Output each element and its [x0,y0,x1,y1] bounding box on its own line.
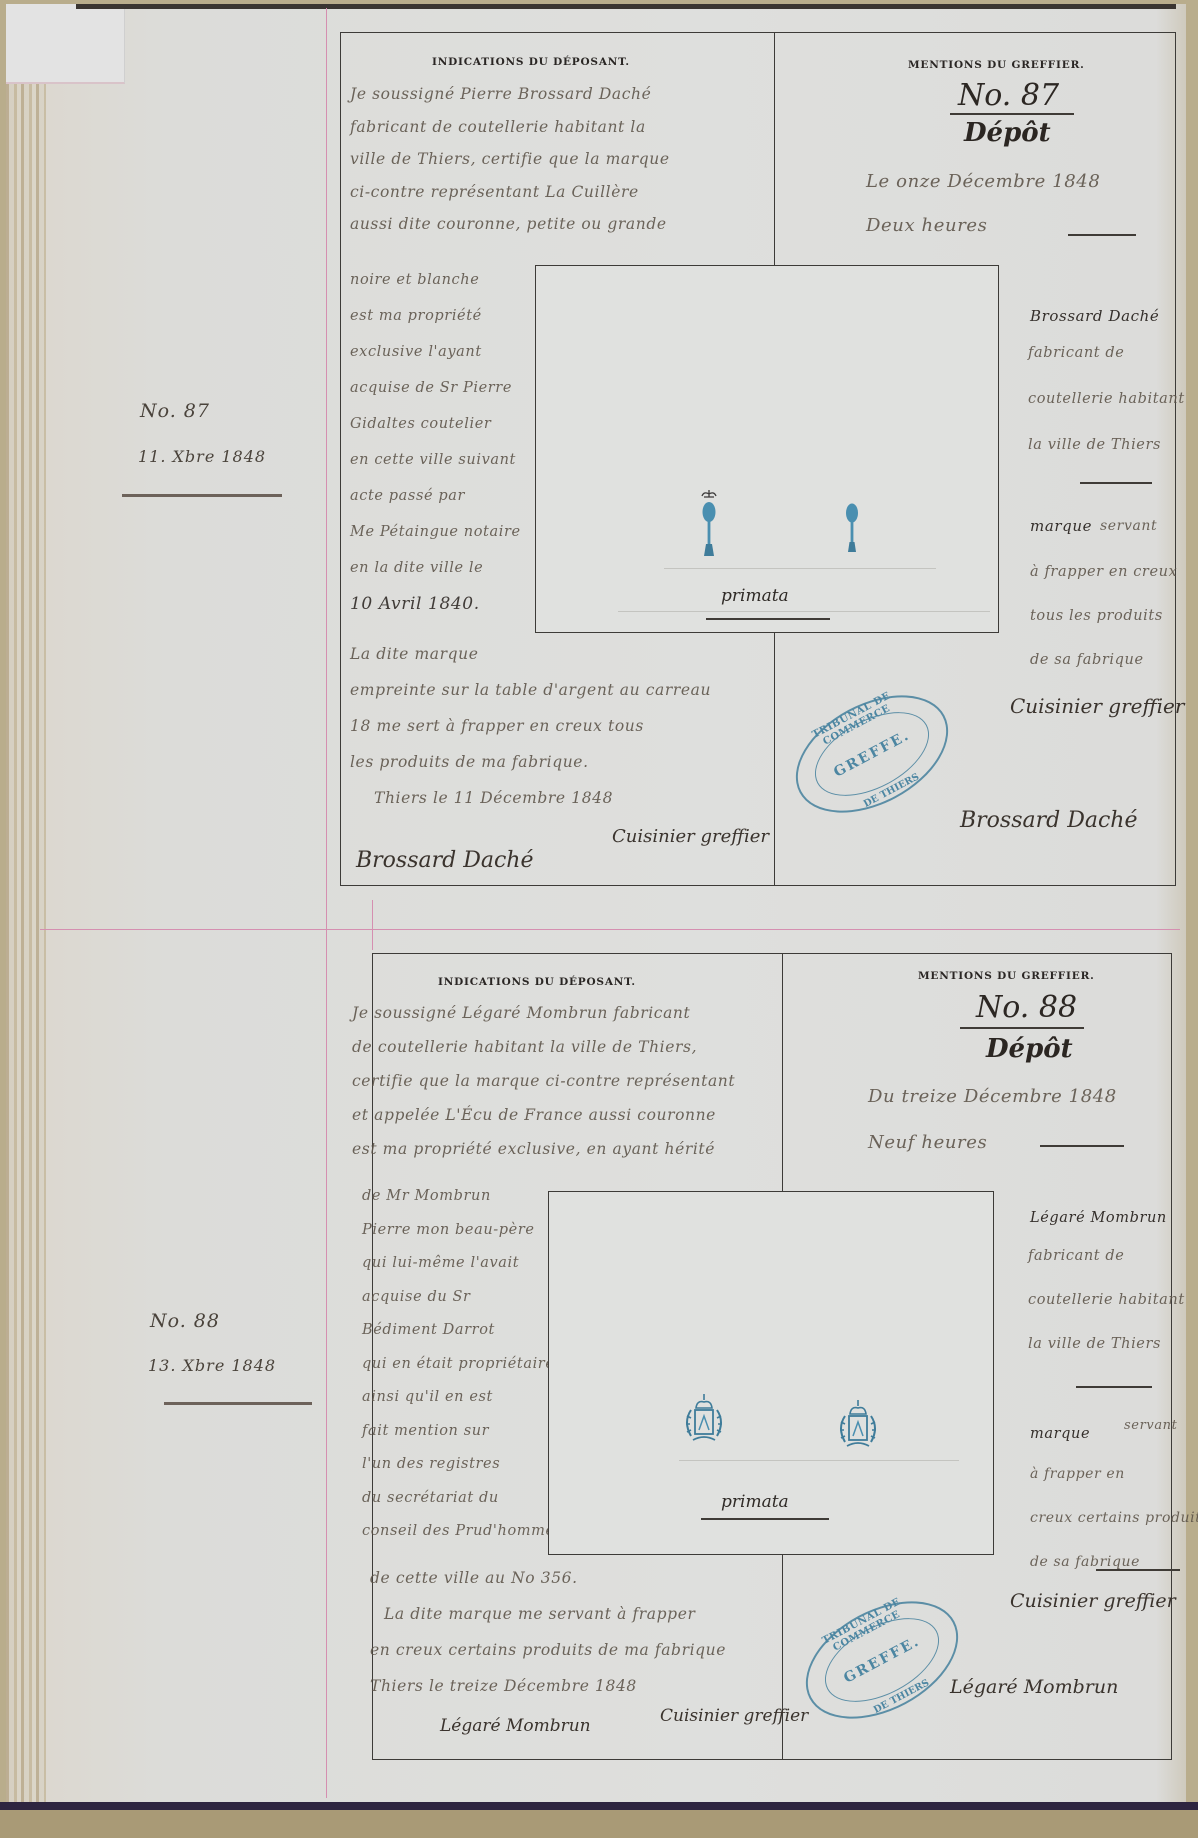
crowned-shield-icon [679,1392,729,1448]
greffier-mark-note-0: servant [1100,510,1157,543]
greffier-notes: fabricant de coutellerie habitant la vil… [1028,1234,1185,1366]
margin-entry-number: No. 87 [140,400,210,422]
greffier-number: No. 88 [976,990,1077,1025]
mark-impression-box: primata [535,265,999,633]
deposant-header: Indications du déposant. [432,56,630,68]
greffier-mark-label: marque [1030,1418,1090,1451]
page-top-edge [76,4,1176,9]
greffier-signature: Cuisinier greffier [1010,694,1184,718]
deposant-text-bottom: La dite marque empreinte sur la table d'… [350,636,711,816]
greffier-signature: Cuisinier greffier [1010,1590,1176,1612]
greffier-header: Mentions du greffier. [908,59,1085,71]
time-rule [1040,1145,1124,1147]
notes-rule [1080,482,1152,484]
greffier-date-time: Le onze Décembre 1848 Deux heures [866,160,1100,248]
greffier-deposant-name: Légaré Mombrun [1030,1202,1167,1235]
margin-entry-date: 11. Xbre 1848 [138,447,266,466]
mark-caption: primata [721,1492,789,1512]
mark-caption: primata [721,586,789,606]
greffier-number: No. 87 [958,78,1059,113]
margin-rule-vertical [326,8,327,1798]
crowned-shield-icon [833,1398,883,1454]
book-bottom-edge [0,1802,1198,1838]
spoon-icon [840,502,864,556]
greffier-deposant-signature: Brossard Daché [960,808,1137,833]
caption-guideline [679,1460,959,1461]
greffier-date-time: Du treize Décembre 1848 Neuf heures [868,1074,1117,1166]
margin-rule-horizontal [40,929,1180,930]
deposant-text-top: Je soussigné Pierre Brossard Daché fabri… [350,78,670,241]
deposant-text-top: Je soussigné Légaré Mombrun fabricant de… [352,996,735,1166]
signature-deposant: Brossard Daché [356,848,533,873]
number-underline [950,113,1074,115]
caption-guideline [618,611,990,612]
deposant-text-side: de Mr Mombrun Pierre mon beau-père qui l… [362,1180,563,1549]
greffier-mark-note-0: servant [1124,1410,1177,1443]
greffier-notes: fabricant de coutellerie habitant la vil… [1028,330,1185,468]
mark-baseline [664,568,936,569]
greffier-mark-label: marque [1030,510,1092,543]
caption-underline [706,618,830,620]
signature-deposant: Légaré Mombrun [440,1716,591,1736]
notes-rule [1076,1386,1152,1388]
depot-title: Dépôt [964,118,1051,148]
deposant-header: Indications du déposant. [438,976,636,988]
deposant-text-side: noire et blanche est ma propriété exclus… [350,262,521,622]
greffier-mark-notes: à frapper en creux certains produits de … [1030,1452,1198,1584]
margin-underline [164,1402,312,1405]
margin-entry-number: No. 88 [150,1310,220,1332]
mark-notes-rule [1096,1569,1180,1571]
margin-rule-connector [372,900,373,950]
signature-greffier: Cuisinier greffier [612,826,769,847]
spoon-crowned-icon [694,488,724,560]
time-rule [1068,234,1136,236]
greffier-header: Mentions du greffier. [918,970,1095,982]
caption-underline [701,1518,829,1520]
mark-impression-box: primata [548,1191,994,1555]
book-binding [6,80,46,1820]
depot-title: Dépôt [986,1034,1073,1064]
deposant-text-bottom: de cette ville au No 356. La dite marque… [370,1560,726,1704]
greffier-deposant-name: Brossard Daché [1030,300,1159,333]
number-underline [960,1027,1084,1029]
margin-underline [122,494,282,497]
greffier-mark-notes: à frapper en creux tous les produits de … [1030,550,1177,682]
paper-tab [6,4,125,84]
greffier-deposant-signature: Légaré Mombrun [950,1676,1118,1698]
signature-greffier: Cuisinier greffier [660,1706,808,1726]
margin-entry-date: 13. Xbre 1848 [148,1356,276,1375]
